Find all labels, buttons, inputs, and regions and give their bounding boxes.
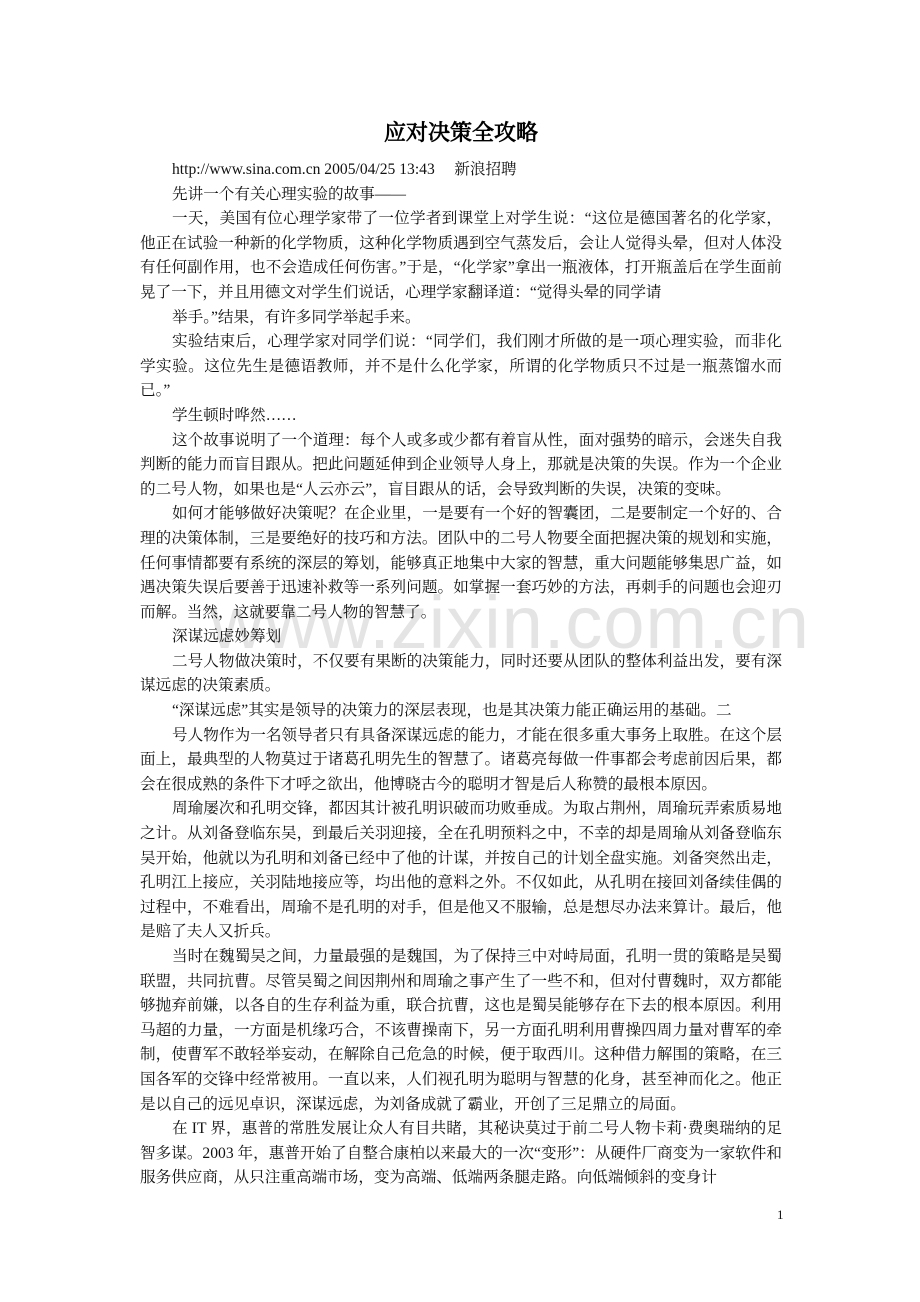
paragraph: 一天，美国有位心理学家带了一位学者到课堂上对学生说：“这位是德国著名的化学家，他…: [140, 207, 782, 305]
paragraph: 周瑜屡次和孔明交锋，都因其计被孔明识破而功败垂成。为取占荆州，周瑜玩弄索质易地之…: [140, 797, 782, 945]
paragraph: 实验结束后，心理学家对同学们说：“同学们，我们刚才所做的是一项心理实验，而非化学…: [140, 330, 782, 404]
paragraph: 在 IT 界，惠普的常胜发展让众人有目共睹，其秘诀莫过于前二号人物卡莉·费奥瑞纳…: [140, 1117, 782, 1191]
paragraph: 举手。”结果，有许多同学举起手来。: [140, 306, 782, 331]
document-title: 应对决策全攻略: [140, 118, 782, 150]
paragraph: “深谋远虑”其实是领导的决策力的深层表现，也是其决策力能正确运用的基础。二: [140, 699, 782, 724]
source-line: http://www.sina.com.cn 2005/04/25 13:43 …: [140, 158, 782, 183]
document-page: www.zixin.com.cn 应对决策全攻略 http://www.sina…: [0, 0, 920, 1302]
paragraph: 当时在魏蜀吴之间，力量最强的是魏国，为了保持三中对峙局面，孔明一贯的策略是吴蜀联…: [140, 945, 782, 1117]
section-heading: 深谋远虑妙筹划: [140, 625, 782, 650]
paragraph: 号人物作为一名领导者只有具备深谋远虑的能力，才能在很多重大事务上取胜。在这个层面…: [140, 724, 782, 798]
page-number: 1: [777, 1207, 784, 1223]
document-body: 应对决策全攻略 http://www.sina.com.cn 2005/04/2…: [140, 118, 782, 1191]
paragraph: 学生顿时哗然……: [140, 404, 782, 429]
paragraph: 这个故事说明了一个道理：每个人或多或少都有着盲从性，面对强势的暗示，会迷失自我判…: [140, 429, 782, 503]
paragraph: 二号人物做决策时，不仅要有果断的决策能力，同时还要从团队的整体利益出发，要有深谋…: [140, 650, 782, 699]
paragraph: 先讲一个有关心理实验的故事——: [140, 183, 782, 208]
paragraph: 如何才能够做好决策呢？在企业里，一是要有一个好的智囊团，二是要制定一个好的、合理…: [140, 502, 782, 625]
